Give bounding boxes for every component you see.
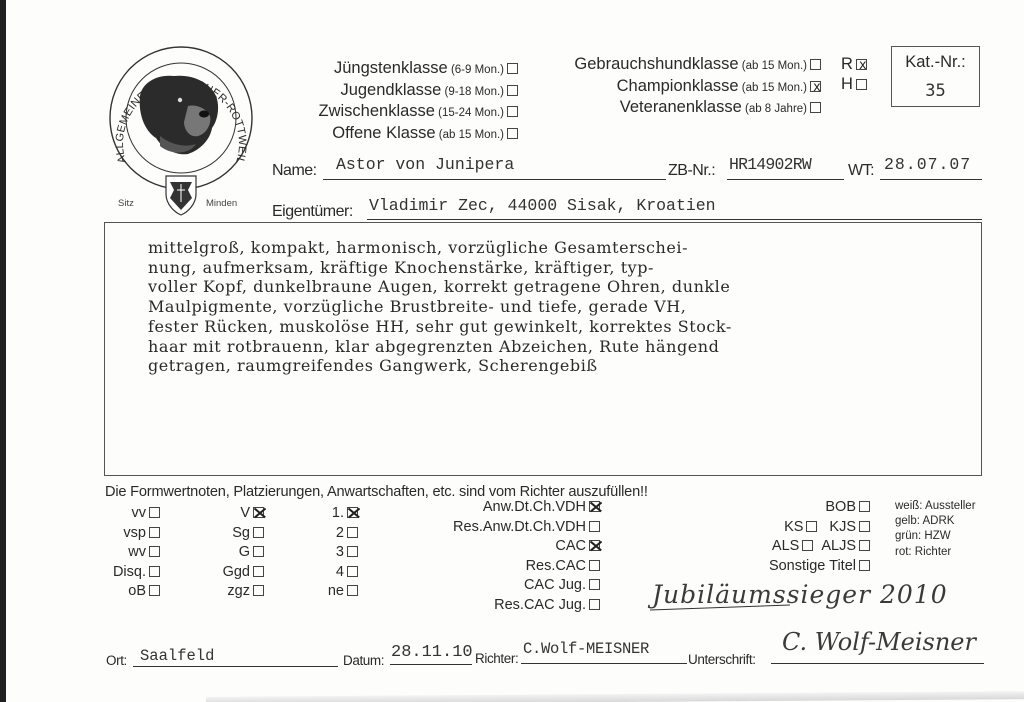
judge-underline <box>521 663 687 664</box>
grade-g-checkbox[interactable] <box>253 546 264 557</box>
class-jugendklasse-label: Jugendklasse <box>340 81 441 99</box>
grade-disq: Disq. <box>100 563 160 583</box>
catalog-number-box: Kat.-Nr.: 35 <box>891 46 980 107</box>
date-underline <box>390 664 472 665</box>
name-field[interactable]: Astor von Junipera <box>336 155 514 174</box>
catalog-number-label: Kat.-Nr.: <box>892 53 979 72</box>
grade-cac-jug: CAC Jug. <box>420 576 600 596</box>
grade-vv-label: vv <box>132 505 147 521</box>
grade-1-checkbox[interactable] <box>347 507 358 518</box>
owner-underline <box>367 219 982 220</box>
sex-h-label: H <box>841 75 853 93</box>
class-veteranenklasse-note: (ab 8 Jahre) <box>742 103 807 115</box>
copy-legend-item: grün: HZW <box>895 529 976 544</box>
class-j-ngstenklasse-checkbox[interactable] <box>507 63 518 74</box>
copy-legend-item: rot: Richter <box>895 545 976 560</box>
grade-ne-checkbox[interactable] <box>347 585 358 596</box>
zb-number-underline <box>727 179 844 180</box>
grade-1-label: 1. <box>332 505 344 521</box>
grade-ggd-label: Ggd <box>223 564 250 580</box>
assessment-text: mittelgroß, kompakt, harmonisch, vorzügl… <box>148 238 948 376</box>
als-checkbox[interactable] <box>802 540 813 551</box>
class-championklasse: Championklasse (ab 15 Mon.) <box>540 77 821 99</box>
grade-2-checkbox[interactable] <box>347 527 358 538</box>
grade-wv-checkbox[interactable] <box>149 546 160 557</box>
grade-vv: vv <box>100 504 160 524</box>
grade-v-label: V <box>240 505 250 521</box>
class-group-right: Gebrauchshundklasse (ab 15 Mon.)Champion… <box>540 55 821 120</box>
class-championklasse-label: Championklasse <box>617 77 739 95</box>
grade-column-1: vvvspwvDisq.oB <box>100 504 160 602</box>
grade-ggd: Ggd <box>200 563 264 583</box>
placement-column: 1.234ne <box>300 504 358 602</box>
grade-column-2: VSgGGgdzgz <box>200 504 264 602</box>
class-gebrauchshundklasse-checkbox[interactable] <box>810 59 821 70</box>
copy-distribution-legend: weiß: Ausstellergelb: ADRKgrün: HZWrot: … <box>895 499 976 560</box>
grade-2: 2 <box>300 524 358 544</box>
sex-h: H <box>841 75 867 95</box>
grade-3-label: 3 <box>336 544 344 560</box>
grade-anw-dt-ch-vdh-checkbox[interactable] <box>589 501 600 512</box>
grade-cac-jug-label: CAC Jug. <box>524 577 586 593</box>
assessment-line: voller Kopf, dunkelbraune Augen, korrekt… <box>148 277 948 297</box>
handwritten-title: Jubiläumssieger 2010 <box>652 580 948 609</box>
name-underline <box>323 179 666 180</box>
grade-res-anw-dt-ch-vdh: Res.Anw.Dt.Ch.VDH <box>420 518 600 538</box>
grade-res-cac-checkbox[interactable] <box>589 560 600 571</box>
location-field[interactable]: Saalfeld <box>140 647 214 665</box>
grade-wv-label: wv <box>128 544 146 560</box>
copy-legend-item: weiß: Aussteller <box>895 499 976 514</box>
grade-vsp-label: vsp <box>123 525 146 541</box>
class-gebrauchshundklasse: Gebrauchshundklasse (ab 15 Mon.) <box>540 55 821 77</box>
date-field[interactable]: 28.11.10 <box>391 643 473 662</box>
class-offene-klasse-note: (ab 15 Mon.) <box>436 129 504 141</box>
assessment-line: fester Rücken, muskolöse HH, sehr gut ge… <box>148 317 948 337</box>
class-group-left: Jüngstenklasse (6-9 Mon.)Jugendklasse (9… <box>296 59 518 145</box>
grade-res-anw-dt-ch-vdh-label: Res.Anw.Dt.Ch.VDH <box>453 519 586 535</box>
judge-field[interactable]: C.Wolf-MEISNER <box>523 640 649 658</box>
grade-4-checkbox[interactable] <box>347 566 358 577</box>
bob-checkbox[interactable] <box>859 501 870 512</box>
grade-ggd-checkbox[interactable] <box>253 566 264 577</box>
class-j-ngstenklasse-label: Jüngstenklasse <box>334 59 448 77</box>
grade-vsp-checkbox[interactable] <box>149 527 160 538</box>
class-gebrauchshundklasse-note: (ab 15 Mon.) <box>739 60 807 72</box>
grade-cac-checkbox[interactable] <box>589 540 600 551</box>
scan-bottom-edge <box>206 691 1024 702</box>
class-offene-klasse-checkbox[interactable] <box>507 128 518 139</box>
award-column: Anw.Dt.Ch.VDHRes.Anw.Dt.Ch.VDHCACRes.CAC… <box>420 498 600 615</box>
class-jugendklasse: Jugendklasse (9-18 Mon.) <box>296 81 518 103</box>
kjs-checkbox[interactable] <box>859 521 870 532</box>
signature-underline <box>771 663 984 664</box>
bob-label: BOB <box>825 499 856 515</box>
grade-zgz: zgz <box>200 582 264 602</box>
ks-label: KS <box>784 519 803 535</box>
grade-ne-label: ne <box>328 583 344 599</box>
sex-r: R <box>841 55 867 75</box>
date-label: Datum: <box>343 653 384 668</box>
class-championklasse-checkbox[interactable] <box>810 81 821 92</box>
kjs-label: KJS <box>829 519 856 535</box>
grade-res-cac-jug-checkbox[interactable] <box>589 599 600 610</box>
sex-r-label: R <box>841 55 853 73</box>
class-veteranenklasse-checkbox[interactable] <box>810 102 821 113</box>
title-row-sonstige: Sonstige Titel <box>740 557 870 577</box>
class-veteranenklasse-label: Veteranenklasse <box>620 98 742 116</box>
grade-cac: CAC <box>420 537 600 557</box>
assessment-line: Maulpigmente, vorzügliche Brustbreite- u… <box>148 297 948 317</box>
logo-seat-left: Sitz <box>118 198 134 209</box>
title-row-bob: BOB <box>740 498 870 518</box>
grade-ob: oB <box>100 582 160 602</box>
class-gebrauchshundklasse-label: Gebrauchshundklasse <box>574 55 738 73</box>
grade-res-anw-dt-ch-vdh-checkbox[interactable] <box>589 521 600 532</box>
class-zwischenklasse-label: Zwischenklasse <box>319 102 435 120</box>
grade-4: 4 <box>300 563 358 583</box>
adrk-club-logo: ALLGEMEINER-DEUTSCHER-ROTTWEILER-KLUB e.… <box>100 44 262 218</box>
grade-4-label: 4 <box>336 564 344 580</box>
grade-anw-dt-ch-vdh: Anw.Dt.Ch.VDH <box>420 498 600 518</box>
name-label: Name: <box>272 162 317 180</box>
grade-disq-label: Disq. <box>113 564 146 580</box>
grade-ob-checkbox[interactable] <box>149 585 160 596</box>
sonstige-label: Sonstige Titel <box>769 558 856 574</box>
grade-v: V <box>200 504 264 524</box>
grade-1: 1. <box>300 504 358 524</box>
grade-cac-label: CAC <box>555 538 586 554</box>
owner-field[interactable]: Vladimir Zec, 44000 Sisak, Kroatien <box>369 196 716 215</box>
grade-res-cac-jug-label: Res.CAC Jug. <box>494 597 586 613</box>
title-row-als-aljs: ALSALJS <box>740 537 870 557</box>
location-label: Ort: <box>106 653 127 668</box>
owner-label: Eigentümer: <box>272 203 353 221</box>
grade-g-label: G <box>239 544 250 560</box>
class-zwischenklasse-checkbox[interactable] <box>507 106 518 117</box>
location-underline <box>133 666 338 667</box>
grade-g: G <box>200 543 264 563</box>
titles-block: BOB KSKJS ALSALJS Sonstige Titel <box>740 498 870 576</box>
assessment-line: mittelgroß, kompakt, harmonisch, vorzügl… <box>148 238 948 258</box>
grade-sg: Sg <box>200 524 264 544</box>
grade-sg-label: Sg <box>232 525 250 541</box>
class-j-ngstenklasse: Jüngstenklasse (6-9 Mon.) <box>296 59 518 81</box>
grade-3-checkbox[interactable] <box>347 546 358 557</box>
ks-checkbox[interactable] <box>806 521 817 532</box>
logo-seat-right: Minden <box>206 198 237 209</box>
sex-h-checkbox[interactable] <box>856 79 867 90</box>
aljs-label: ALJS <box>821 538 856 554</box>
whelping-date-label: WT: <box>848 162 874 180</box>
whelping-date-field[interactable]: 28.07.07 <box>884 155 971 174</box>
class-jugendklasse-checkbox[interactable] <box>507 85 518 96</box>
judge-label: Richter: <box>475 651 518 666</box>
class-zwischenklasse-note: (15-24 Mon.) <box>435 107 504 119</box>
copy-legend-item: gelb: ADRK <box>895 514 976 529</box>
grade-disq-checkbox[interactable] <box>149 566 160 577</box>
als-label: ALS <box>772 538 799 554</box>
grade-vsp: vsp <box>100 524 160 544</box>
grade-wv: wv <box>100 543 160 563</box>
grade-vv-checkbox[interactable] <box>149 507 160 518</box>
signature-label: Unterschrift: <box>688 652 756 667</box>
class-offene-klasse: Offene Klasse (ab 15 Mon.) <box>296 124 518 146</box>
grade-ne: ne <box>300 582 358 602</box>
class-jugendklasse-note: (9-18 Mon.) <box>441 86 504 98</box>
grade-res-cac: Res.CAC <box>420 557 600 577</box>
sonstige-checkbox[interactable] <box>859 560 870 571</box>
grade-zgz-label: zgz <box>227 583 250 599</box>
signature[interactable]: C. Wolf-Meisner <box>782 628 976 656</box>
class-offene-klasse-label: Offene Klasse <box>332 124 435 142</box>
assessment-line: nung, aufmerksam, kräftige Knochenstärke… <box>148 258 948 278</box>
grade-sg-checkbox[interactable] <box>253 527 264 538</box>
zb-number-label: ZB-Nr.: <box>668 162 715 180</box>
aljs-checkbox[interactable] <box>859 540 870 551</box>
grade-zgz-checkbox[interactable] <box>253 585 264 596</box>
grade-v-checkbox[interactable] <box>253 507 264 518</box>
title-row-ks-kjs: KSKJS <box>740 518 870 538</box>
grade-cac-jug-checkbox[interactable] <box>589 579 600 590</box>
grade-2-label: 2 <box>336 525 344 541</box>
sex-r-checkbox[interactable] <box>856 59 867 70</box>
grade-res-cac-jug: Res.CAC Jug. <box>420 596 600 616</box>
zb-number-field[interactable]: HR14902RW <box>729 155 811 174</box>
class-j-ngstenklasse-note: (6-9 Mon.) <box>448 64 504 76</box>
class-championklasse-note: (ab 15 Mon.) <box>739 82 807 94</box>
whelping-date-underline <box>880 179 982 180</box>
grade-ob-label: oB <box>128 583 146 599</box>
catalog-number-value[interactable]: 35 <box>892 81 979 101</box>
assessment-line: haar mit rotbrauenn, klar abgegrenzten A… <box>148 337 948 357</box>
sex-selection: RH <box>841 55 867 94</box>
grade-3: 3 <box>300 543 358 563</box>
class-veteranenklasse: Veteranenklasse (ab 8 Jahre) <box>540 98 821 120</box>
grade-res-cac-label: Res.CAC <box>526 558 586 574</box>
class-zwischenklasse: Zwischenklasse (15-24 Mon.) <box>296 102 518 124</box>
grade-anw-dt-ch-vdh-label: Anw.Dt.Ch.VDH <box>483 499 586 515</box>
assessment-line: getragen, raumgreifendes Gangwerk, Scher… <box>148 356 948 376</box>
